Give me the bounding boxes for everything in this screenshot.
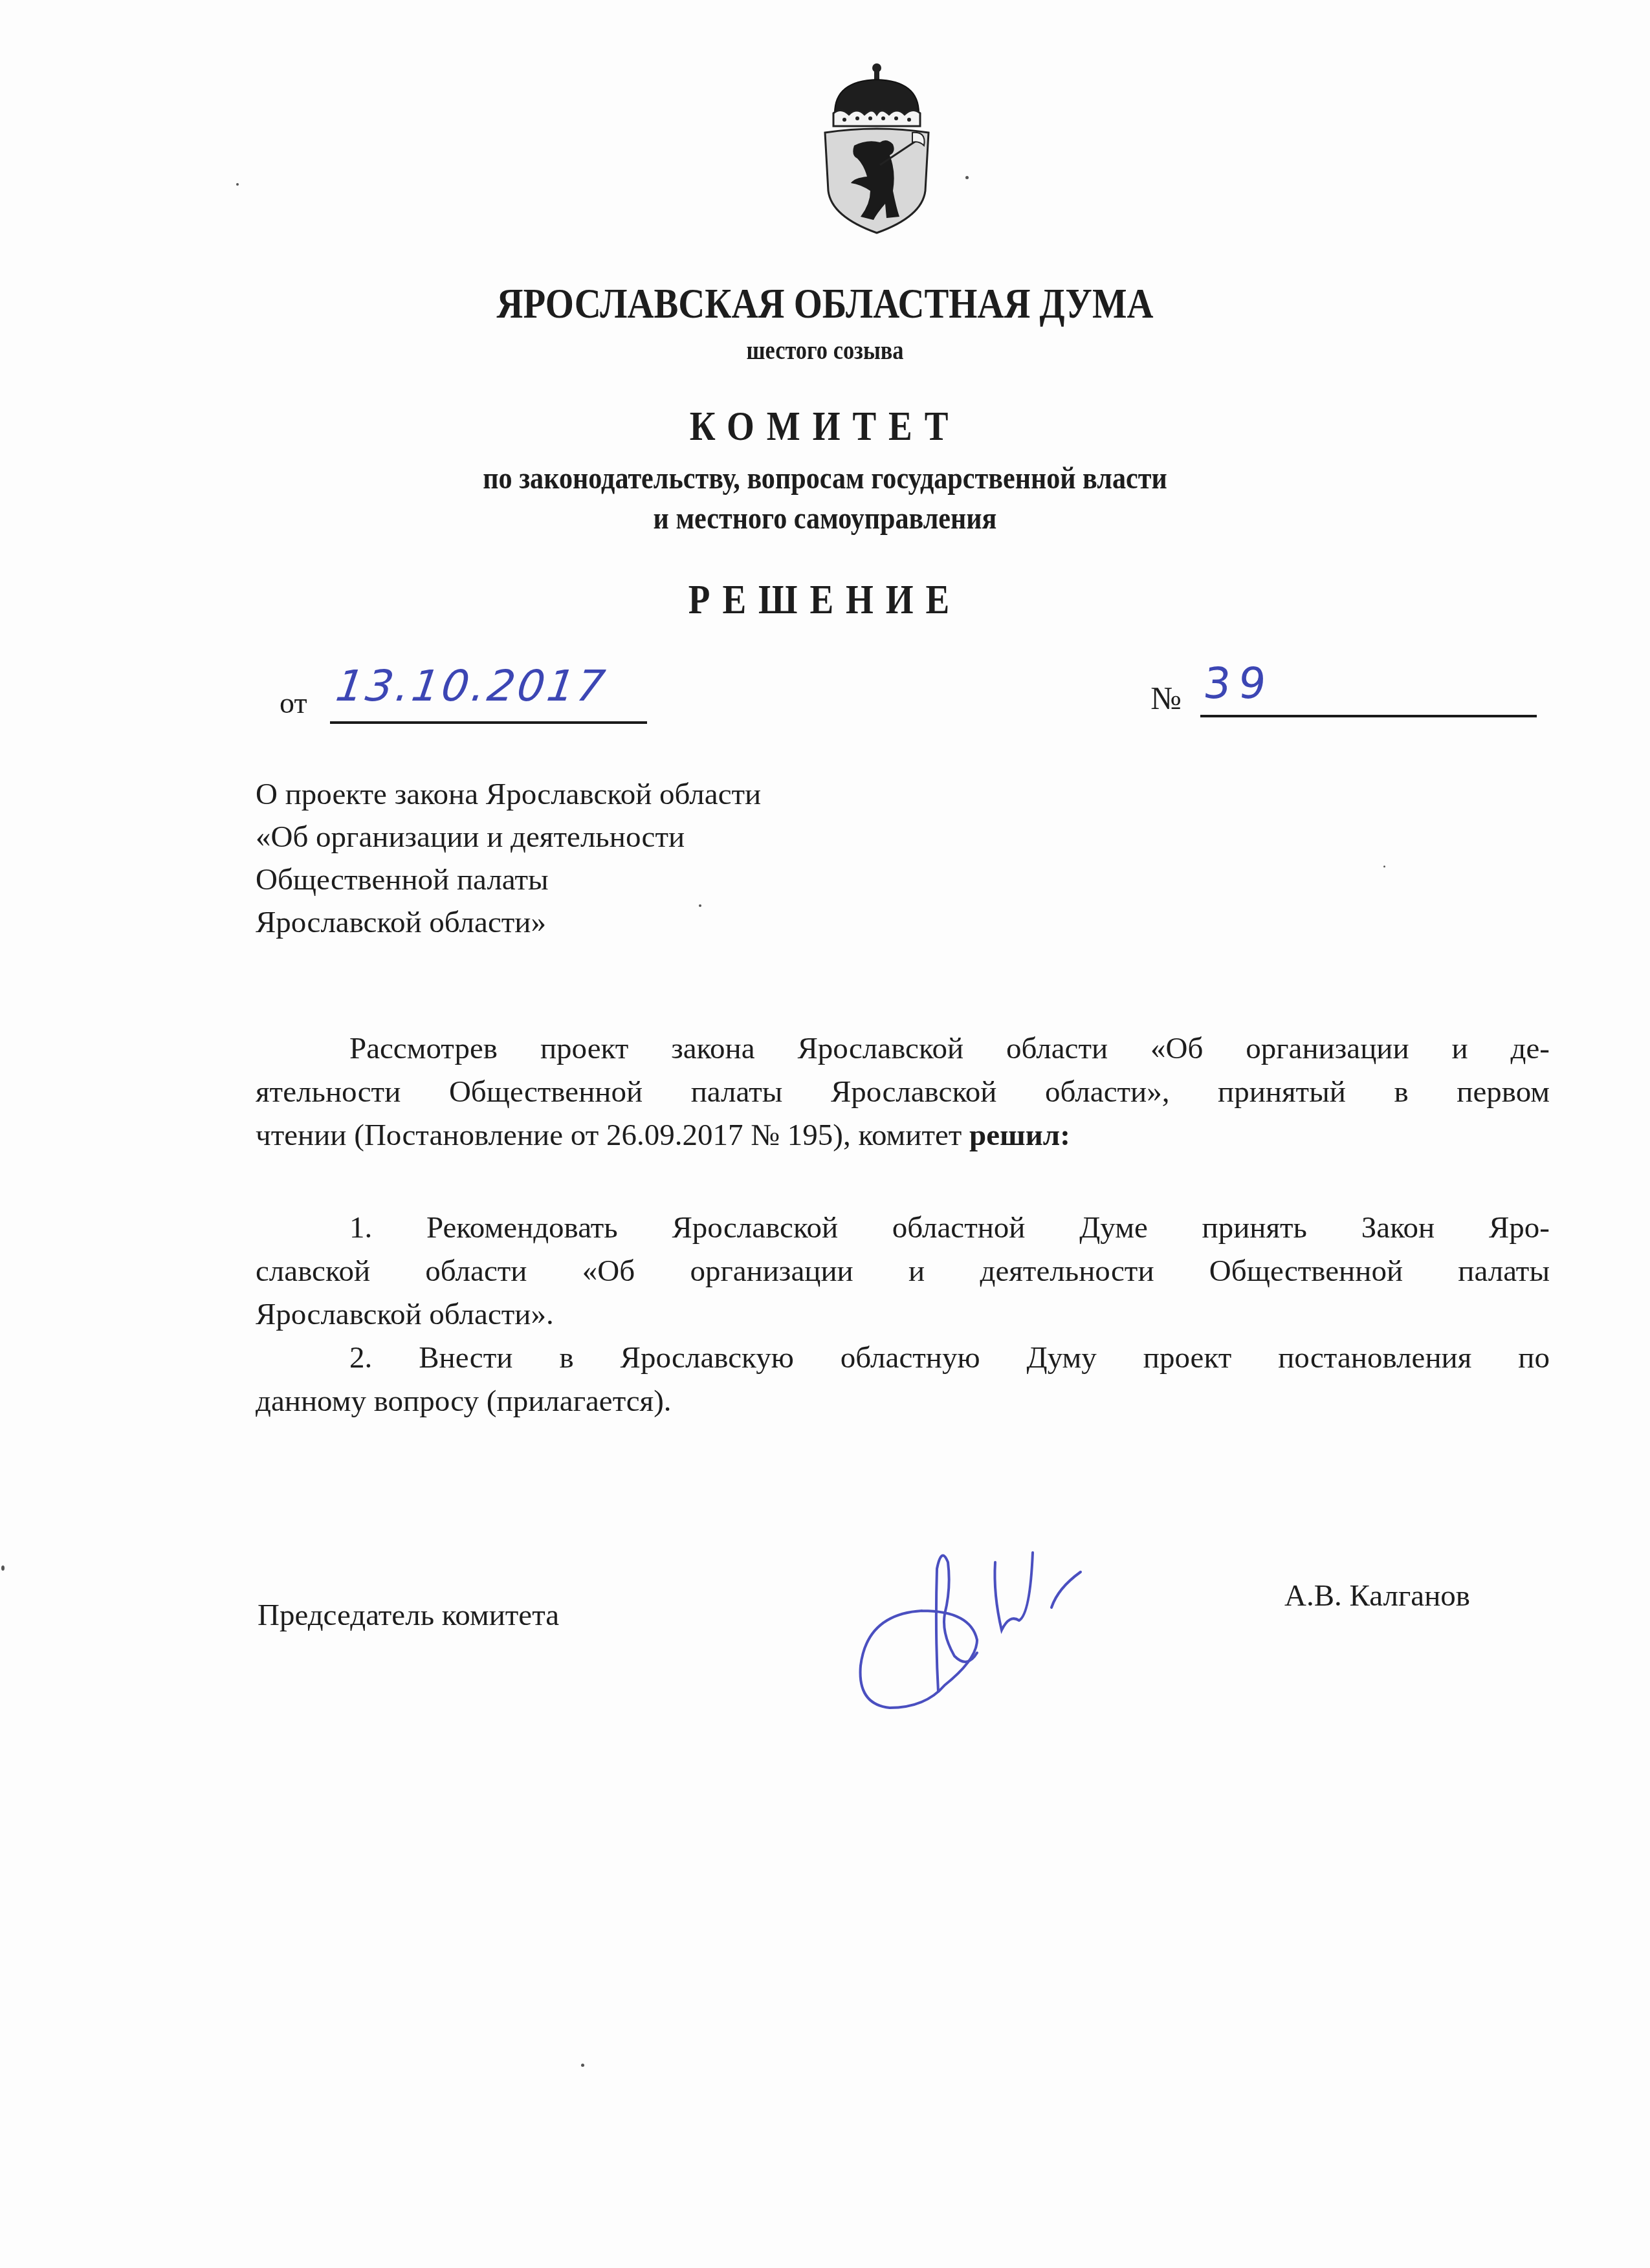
scan-speck — [965, 176, 969, 179]
scan-speck — [699, 904, 701, 907]
decision-items: 1. Рекомендовать Ярославской областной Д… — [256, 1206, 1550, 1423]
committee-subtitle-line: по законодательству, вопросам государств… — [116, 458, 1535, 498]
scan-speck — [236, 183, 239, 186]
item-1-line: Ярославской области». — [256, 1293, 1550, 1336]
handwritten-date: 13.10.2017 — [333, 661, 611, 711]
preamble-line: Рассмотрев проект закона Ярославской обл… — [256, 1027, 1550, 1071]
organization-title: ЯРОСЛАВСКАЯ ОБЛАСТНАЯ ДУМА — [116, 279, 1535, 329]
subject-line: Общественной палаты — [256, 858, 761, 901]
number-label: № — [1150, 679, 1182, 717]
date-label: от — [280, 686, 307, 720]
handwritten-signature-icon — [854, 1543, 1145, 1737]
item-2-line: данному вопросу (прилагается). — [256, 1380, 1550, 1423]
scan-speck — [581, 2064, 584, 2067]
coat-of-arms-icon — [815, 61, 938, 236]
subject-line: О проекте закона Ярославской области — [256, 773, 761, 816]
preamble-paragraph: Рассмотрев проект закона Ярославской обл… — [256, 1027, 1550, 1157]
item-1-line: славской области «Об организации и деяте… — [256, 1250, 1550, 1293]
item-1-line: 1. Рекомендовать Ярославской областной Д… — [256, 1206, 1550, 1250]
scan-speck — [1383, 866, 1385, 867]
committee-subtitle-line: и местного самоуправления — [116, 498, 1535, 538]
preamble-text: чтении (Постановление от 26.09.2017 № 19… — [256, 1118, 969, 1152]
signatory-role: Председатель комитета — [258, 1598, 559, 1633]
committee-title: КОМИТЕТ — [116, 402, 1535, 450]
decided-label: решил: — [969, 1118, 1070, 1152]
subject-line: Ярославской области» — [256, 901, 761, 944]
handwritten-number: 39 — [1201, 659, 1276, 708]
preamble-line: ятельности Общественной палаты Ярославск… — [256, 1071, 1550, 1114]
subject-line: «Об организации и деятельности — [256, 816, 761, 858]
item-2-line: 2. Внести в Ярославскую областную Думу п… — [256, 1336, 1550, 1380]
document-type-title: РЕШЕНИЕ — [116, 576, 1535, 624]
scan-speck — [1, 1565, 5, 1571]
document-page: ЯРОСЛАВСКАЯ ОБЛАСТНАЯ ДУМА шестого созыв… — [0, 0, 1650, 2268]
document-subject: О проекте закона Ярославской области «Об… — [256, 773, 761, 944]
convocation-label: шестого созыва — [116, 335, 1535, 365]
preamble-line: чтении (Постановление от 26.09.2017 № 19… — [256, 1114, 1550, 1157]
signatory-name: А.В. Калганов — [1284, 1578, 1470, 1613]
committee-subtitle: по законодательству, вопросам государств… — [116, 458, 1535, 538]
